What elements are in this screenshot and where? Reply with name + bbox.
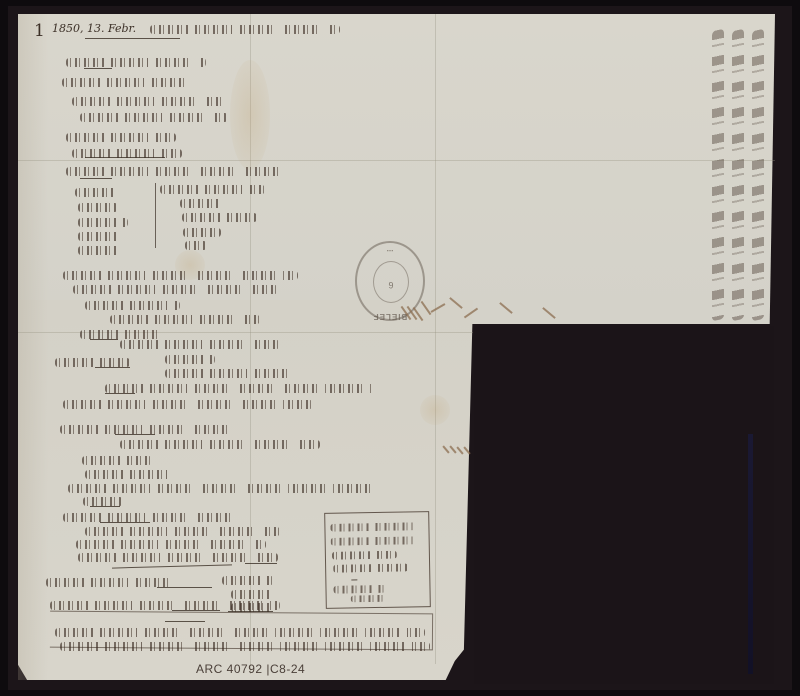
handwriting-line — [85, 470, 170, 479]
handwriting-line — [120, 340, 280, 349]
underline — [245, 563, 277, 564]
boxed-note-line — [331, 536, 419, 546]
letter-date-header: 1850, 13. Febr. — [52, 22, 136, 35]
right-list-item — [182, 213, 257, 222]
left-list-item — [78, 218, 128, 227]
handwriting-line — [46, 578, 176, 587]
left-list-item — [78, 246, 123, 255]
right-list-item — [185, 241, 207, 250]
boxed-side-note — [324, 511, 431, 609]
handwriting-line — [85, 527, 280, 536]
handwriting-line — [120, 440, 320, 449]
handwriting-line — [165, 369, 295, 378]
fold-line-horizontal — [18, 160, 775, 161]
handwriting-line — [165, 355, 215, 364]
handwriting-line — [55, 358, 130, 367]
address-line — [732, 29, 744, 322]
handwriting-line — [50, 601, 280, 610]
underline — [90, 506, 120, 507]
right-list-item — [183, 228, 221, 237]
boxed-note-dash — [351, 579, 357, 580]
postmark-date: 6 — [374, 280, 408, 290]
missing-paper-area — [474, 326, 774, 684]
option-b — [231, 590, 276, 599]
archive-reference-label: ARC 40792 |C8-24 — [196, 662, 305, 676]
boxed-note-line — [333, 563, 408, 572]
handwriting-line — [66, 133, 176, 142]
header-handwriting — [150, 25, 340, 34]
handwriting-line — [80, 330, 160, 339]
divider-underline — [165, 621, 205, 622]
right-list-item — [180, 199, 225, 208]
header-date: 1850, 13. Febr. — [52, 22, 136, 35]
paper-stain — [420, 395, 450, 425]
left-list-item — [78, 203, 118, 212]
handwriting-line — [60, 425, 235, 434]
page-number: 1 — [34, 21, 45, 41]
handwriting-line — [80, 113, 228, 122]
fold-line-vertical — [435, 14, 436, 664]
left-list-item — [75, 188, 120, 197]
boxed-note-line — [351, 595, 385, 603]
handwriting-line — [66, 58, 206, 67]
underline — [84, 68, 112, 69]
underline — [95, 367, 130, 368]
divider-underline — [85, 157, 165, 158]
handwriting-line — [63, 400, 313, 409]
handwriting-line — [85, 301, 180, 310]
boxed-note-line — [332, 551, 397, 560]
handwriting-line — [63, 271, 298, 280]
underline — [100, 522, 150, 523]
paper-edge-shade — [18, 14, 48, 680]
handwriting-line — [73, 285, 278, 294]
underline — [157, 587, 212, 588]
address-line — [752, 29, 764, 322]
list-divider — [155, 183, 156, 248]
handwriting-line — [110, 315, 260, 324]
handwriting-line — [78, 553, 278, 562]
boxed-note-line — [333, 585, 385, 594]
postmark-inner-ring: 6 — [373, 261, 409, 303]
underline — [105, 393, 135, 394]
handwriting-line — [63, 513, 238, 522]
backing-strip — [748, 434, 753, 674]
paper-stain — [230, 60, 270, 170]
handwriting-line — [76, 540, 266, 549]
handwriting-line — [62, 78, 192, 87]
option-a — [222, 576, 274, 585]
address-line — [712, 29, 724, 322]
underline — [90, 339, 118, 340]
handwriting-line — [105, 384, 375, 393]
handwriting-line — [82, 456, 152, 465]
underline — [115, 434, 155, 435]
address-handwriting-vertical — [700, 30, 780, 320]
right-list-item — [160, 185, 265, 194]
boxed-note-line — [330, 522, 420, 532]
handwriting-line — [55, 628, 425, 637]
handwriting-line — [60, 642, 430, 651]
handwriting-line — [83, 497, 123, 506]
underline — [80, 178, 112, 179]
left-list-item — [78, 232, 123, 241]
handwriting-line — [68, 484, 378, 493]
postmark-bottom: ... — [363, 248, 417, 257]
handwriting-line — [72, 97, 225, 106]
list-header-line — [66, 167, 286, 176]
header-underline — [85, 38, 180, 39]
